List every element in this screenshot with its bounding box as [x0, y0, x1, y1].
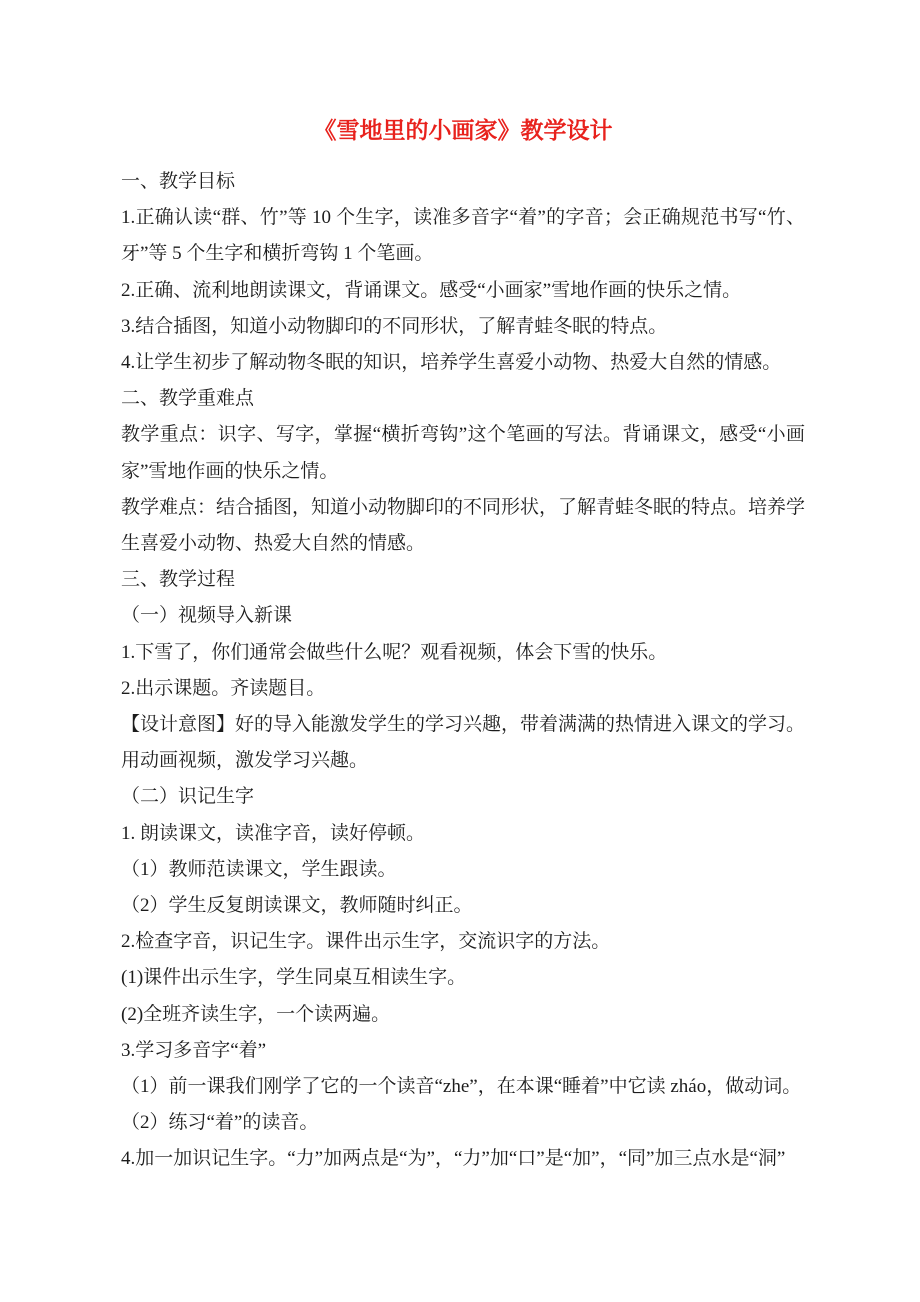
- paragraph: 1.下雪了，你们通常会做些什么呢？观看视频，体会下雪的快乐。: [121, 635, 805, 671]
- paragraph: 1.正确认读“群、竹”等 10 个生字，读准多音字“着”的字音；会正确规范书写“…: [121, 200, 805, 272]
- paragraph-subheading-learn-characters: （二）识记生字: [121, 779, 805, 815]
- paragraph: 教学重点：识字、写字，掌握“横折弯钩”这个笔画的写法。背诵课文，感受“小画家”雪…: [121, 417, 805, 489]
- document-body: 《雪地里的小画家》教学设计 一、教学目标 1.正确认读“群、竹”等 10 个生字…: [121, 114, 805, 1178]
- paragraph: 3.学习多音字“着”: [121, 1033, 805, 1069]
- paragraph: （2）学生反复朗读课文，教师随时纠正。: [121, 888, 805, 924]
- paragraph-design-intent: 【设计意图】好的导入能激发学生的学习兴趣，带着满满的热情进入课文的学习。用动画视…: [121, 707, 805, 779]
- paragraph-heading-objectives: 一、教学目标: [121, 164, 805, 200]
- paragraph: (1)课件出示生字，学生同桌互相读生字。: [121, 960, 805, 996]
- paragraph-heading-process: 三、教学过程: [121, 562, 805, 598]
- paragraph: 4.加一加识记生字。“力”加两点是“为”，“力”加“口”是“加”，“同”加三点水…: [121, 1141, 805, 1177]
- paragraph: 2.检查字音，识记生字。课件出示生字，交流识字的方法。: [121, 924, 805, 960]
- paragraph: (2)全班齐读生字，一个读两遍。: [121, 997, 805, 1033]
- paragraph: 2.出示课题。齐读题目。: [121, 671, 805, 707]
- document-page: 《雪地里的小画家》教学设计 一、教学目标 1.正确认读“群、竹”等 10 个生字…: [0, 0, 920, 1302]
- paragraph: 2.正确、流利地朗读课文，背诵课文。感受“小画家”雪地作画的快乐之情。: [121, 273, 805, 309]
- paragraph: 教学难点：结合插图，知道小动物脚印的不同形状，了解青蛙冬眠的特点。培养学生喜爱小…: [121, 490, 805, 562]
- paragraph-subheading-video-intro: （一）视频导入新课: [121, 598, 805, 634]
- paragraph: （1）教师范读课文，学生跟读。: [121, 852, 805, 888]
- paragraph: 4.让学生初步了解动物冬眠的知识，培养学生喜爱小动物、热爱大自然的情感。: [121, 345, 805, 381]
- paragraph: 1. 朗读课文，读准字音，读好停顿。: [121, 816, 805, 852]
- paragraph: 3.结合插图，知道小动物脚印的不同形状，了解青蛙冬眠的特点。: [121, 309, 805, 345]
- document-title: 《雪地里的小画家》教学设计: [121, 114, 805, 148]
- paragraph: （2）练习“着”的读音。: [121, 1105, 805, 1141]
- paragraph-heading-key-points: 二、教学重难点: [121, 381, 805, 417]
- paragraph: （1）前一课我们刚学了它的一个读音“zhe”，在本课“睡着”中它读 zháo，做…: [121, 1069, 805, 1105]
